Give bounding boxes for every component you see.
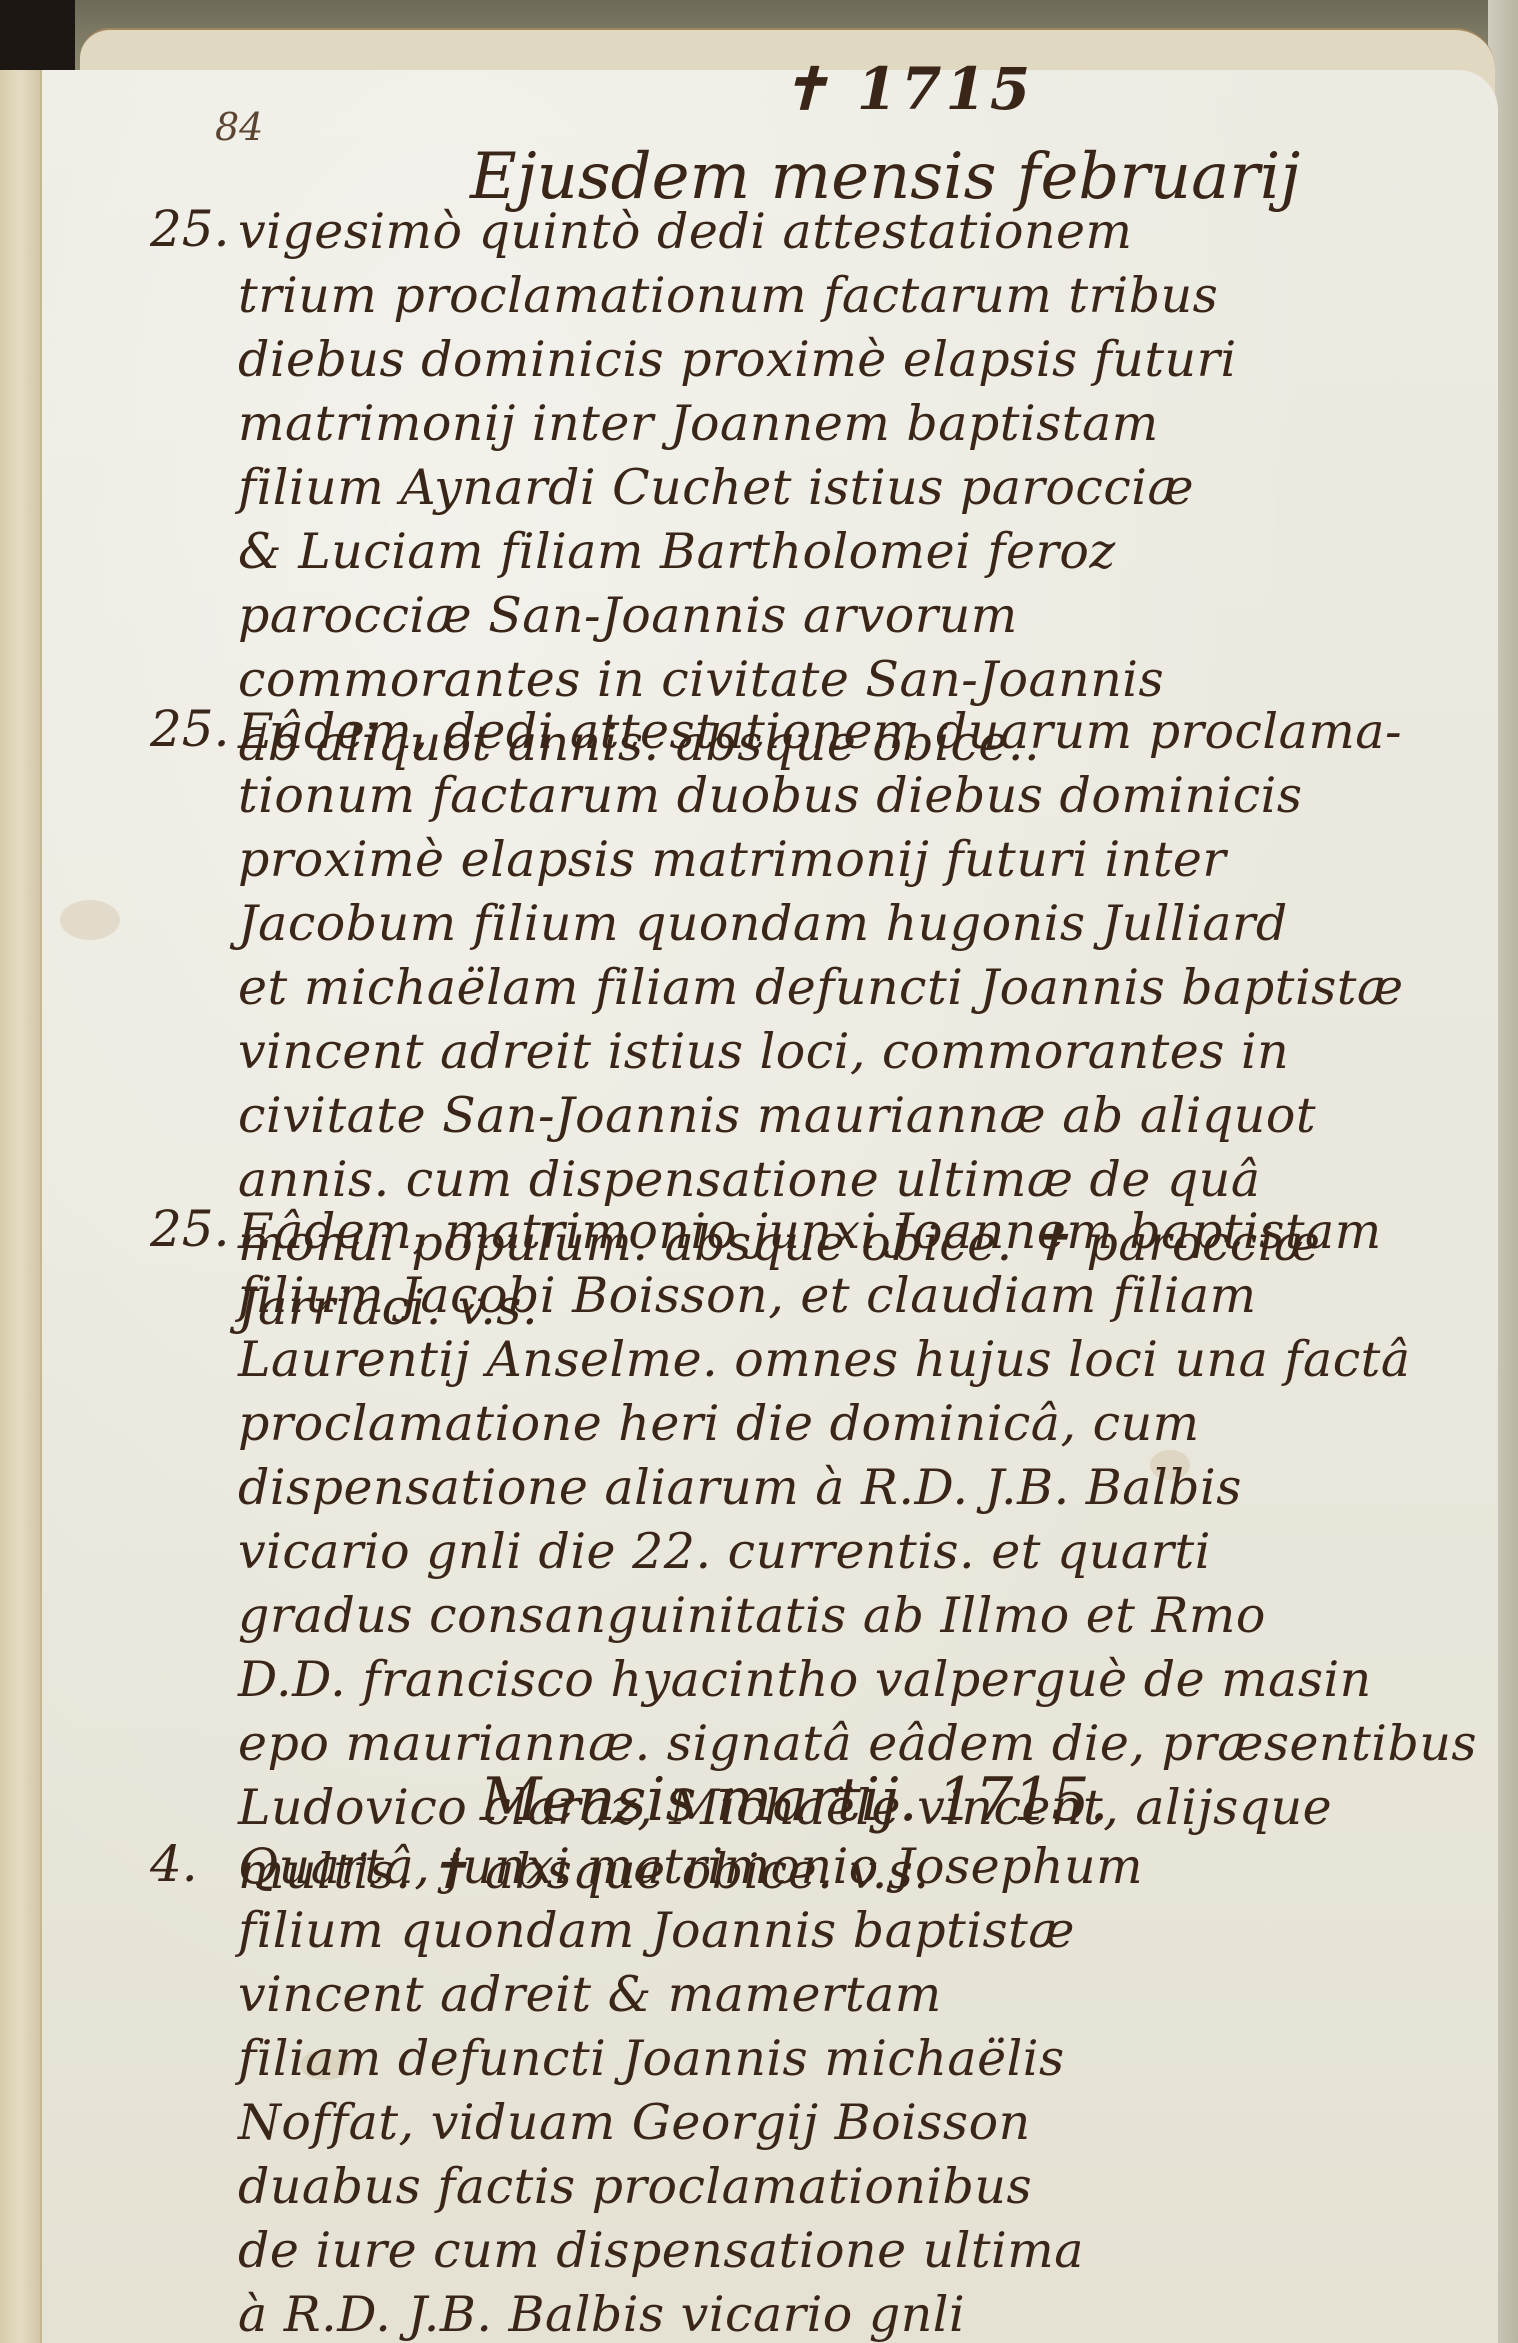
entry-line: Eâdem, dedi attestationem duarum proclam… (238, 700, 1488, 764)
entry-text: vigesimò quintò dedi attestationem trium… (238, 200, 1488, 776)
entry-line: à R.D. J.B. Balbis vicario gnli (238, 2283, 1488, 2343)
entry-line: dispensatione aliarum à R.D. J.B. Balbis (238, 1456, 1488, 1520)
entry-line: filium Aynardi Cuchet istius parocciæ (238, 456, 1488, 520)
entry-day: 4. (150, 1835, 230, 1893)
entry-line: Jacobum filium quondam hugonis Julliard (238, 892, 1488, 956)
entry-line: et michaëlam filiam defuncti Joannis bap… (238, 956, 1488, 1020)
entry-line: Noffat, viduam Georgij Boisson (238, 2091, 1488, 2155)
entry-line: D.D. francisco hyacintho valperguè de ma… (238, 1648, 1488, 1712)
entry-line: Eâdem, matrimonio junxi Joannem baptista… (238, 1200, 1488, 1264)
entry-line: vincent adreit & mamertam (238, 1963, 1488, 2027)
page-binding-edge (0, 70, 42, 2343)
entry-line: & Luciam filiam Bartholomei feroz (238, 520, 1488, 584)
entry-line: vicario gnli die 22. currentis. et quart… (238, 1520, 1488, 1584)
entry-line: parocciæ San-Joannis arvorum (238, 584, 1488, 648)
entry-day: 25. (150, 700, 230, 758)
entry-line: diebus dominicis proximè elapsis futuri (238, 328, 1488, 392)
entry-line: Laurentij Anselme. omnes hujus loci una … (238, 1328, 1488, 1392)
entry-line: civitate San-Joannis mauriannæ ab aliquo… (238, 1084, 1488, 1148)
month-heading-march: Mensis martij. 1715. (480, 1765, 1109, 1835)
entry-line: duabus factis proclamationibus (238, 2155, 1488, 2219)
entry-line: matrimonij inter Joannem baptistam (238, 392, 1488, 456)
entry-line: trium proclamationum factarum tribus (238, 264, 1488, 328)
entry-line: proclamatione heri die dominicâ, cum (238, 1392, 1488, 1456)
paper-stain (60, 900, 120, 940)
entry-line: filium quondam Joannis baptistæ (238, 1899, 1488, 1963)
entry-line: proximè elapsis matrimonij futuri inter (238, 828, 1488, 892)
entry-day: 25. (150, 200, 230, 258)
entry-line: vigesimò quintò dedi attestationem (238, 200, 1488, 264)
entry-line: filiam defuncti Joannis michaëlis (238, 2027, 1488, 2091)
entry-line: Quartâ, junxi matrimonio Josephum (238, 1835, 1488, 1899)
entry-line: vincent adreit istius loci, commorantes … (238, 1020, 1488, 1084)
page-number: 84 (215, 105, 263, 149)
entry-text: Quartâ, junxi matrimonio Josephum filium… (238, 1835, 1488, 2343)
entry-line: tionum factarum duobus diebus dominicis (238, 764, 1488, 828)
entry-line: de iure cum dispensatione ultima (238, 2219, 1488, 2283)
entry-line: filium Jacobi Boisson, et claudiam filia… (238, 1264, 1488, 1328)
entry-day: 25. (150, 1200, 230, 1258)
year-header: ✝ 1715 (780, 55, 1034, 123)
entry-line: gradus consanguinitatis ab Illmo et Rmo (238, 1584, 1488, 1648)
